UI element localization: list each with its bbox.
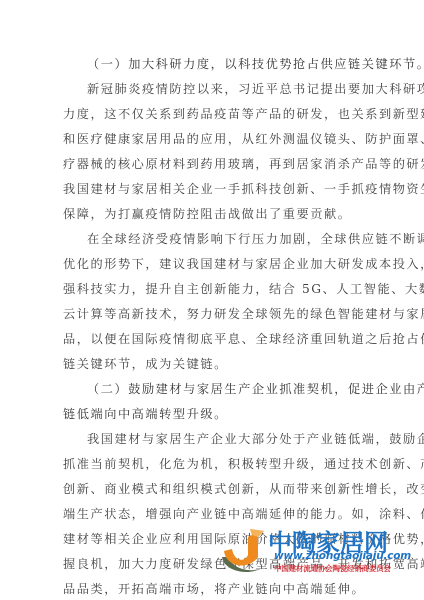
- paragraph-line: 保障，为打赢疫情防控阻击战做出了重要贡献。: [63, 206, 359, 222]
- section-heading-line: （一）加大科研力度，以科技优势抢占供应链关键环节。: [87, 56, 359, 72]
- paragraph-line: 疗器械的核心原材料到药用玻璃，再到居家消杀产品等的研发，: [63, 156, 359, 172]
- paragraph-line: 云计算等高新技术，努力研发全球领先的绿色智能建材与家居产: [63, 306, 359, 322]
- paragraph-line: 品，以便在国际疫情彻底平息、全球经济重回轨道之后抢占供应: [63, 331, 359, 347]
- section-heading-line: （二）鼓励建材与家居生产企业抓准契机，促进企业由产业: [87, 381, 359, 397]
- watermark-subtitle: 中国建材流通协会陶瓷经销商委员会: [274, 563, 391, 574]
- paragraph-line: 在全球经济受疫情影响下行压力加剧，全球供应链不断调整: [87, 231, 359, 247]
- paragraph-line: 和医疗健康家居用品的应用，从红外测温仪镜头、防护面罩、医: [63, 131, 359, 147]
- watermark-url: www.zhongtaojiaju.com: [274, 550, 411, 562]
- paragraph-line: 链关键环节，成为关键链。: [63, 356, 359, 372]
- paragraph-line: 我国建材与家居相关企业一手抓科技创新、一手抓疫情物资生产: [63, 181, 359, 197]
- document-page: （一）加大科研力度，以科技优势抢占供应链关键环节。新冠肺炎疫情防控以来，习近平总…: [0, 0, 424, 600]
- paragraph-line: 端生产状态，增强向产业链中高端延伸的能力。如，涂料、化学: [63, 506, 359, 522]
- paragraph-line: 创新、商业模式和组织模式创新，从而带来创新性增长，改变低: [63, 481, 359, 497]
- paragraph-line: 优化的形势下，建议我国建材与家居企业加大研发成本投入，增: [63, 256, 359, 272]
- watermark-logo: 中陶家居网 www.zhongtaojiaju.com 中国建材流通协会陶瓷经销…: [218, 527, 408, 583]
- paragraph-line: 力度，这不仅关系到药品疫苗等产品的研发，也关系到新型建材: [63, 106, 359, 122]
- paragraph-line: 强科技实力，提升自主创新能力，结合 5G、人工智能、大数据、: [63, 281, 359, 297]
- section-heading-line: 链低端向中高端转型升级。: [63, 406, 359, 422]
- paragraph-line: 抓准当前契机，化危为机，积极转型升级，通过技术创新、产品: [63, 456, 359, 472]
- paragraph-line: 我国建材与家居生产企业大部分处于产业链低端，鼓励企业: [87, 431, 359, 447]
- paragraph-line: 新冠肺炎疫情防控以来，习近平总书记提出要加大科研攻关: [87, 81, 359, 97]
- paragraph-line: 品品类，开拓高端市场，将产业链向中高端延伸。: [63, 581, 359, 597]
